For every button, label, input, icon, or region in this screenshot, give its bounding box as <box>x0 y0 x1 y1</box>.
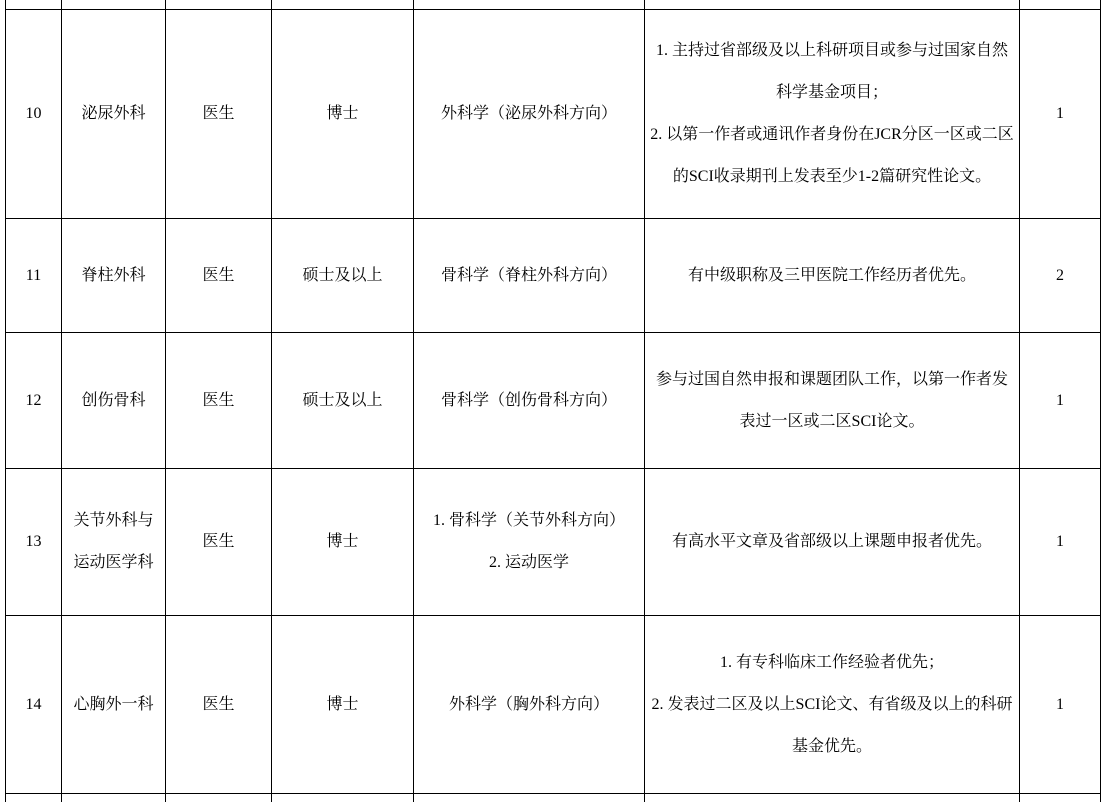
cell-degree: 硕士及以上 <box>272 219 414 333</box>
cell-empty <box>645 0 1020 10</box>
cell-count: 1 <box>1020 333 1101 469</box>
cell-major: 骨科学（创伤骨科方向） <box>414 333 645 469</box>
cell-index: 14 <box>6 616 62 794</box>
recruitment-table: 10 泌尿外科 医生 博士 外科学（泌尿外科方向） 1. 主持过省部级及以上科研… <box>5 0 1101 802</box>
cell-empty <box>1020 0 1101 10</box>
cell-empty <box>414 0 645 10</box>
cell-count: 1 <box>1020 616 1101 794</box>
cell-major: 外科学（泌尿外科方向） <box>414 10 645 219</box>
cell-degree: 博士 <box>272 616 414 794</box>
cell-position: 医生 <box>166 10 272 219</box>
cell-empty <box>166 0 272 10</box>
cell-requirements: 有中级职称及三甲医院工作经历者优先。 <box>645 219 1020 333</box>
cell-count: 1 <box>1020 469 1101 616</box>
cell-index: 10 <box>6 10 62 219</box>
cell-requirements: 有高水平文章及省部级以上课题申报者优先。 <box>645 469 1020 616</box>
cell-index: 11 <box>6 219 62 333</box>
cell-empty <box>272 0 414 10</box>
document-page: 10 泌尿外科 医生 博士 外科学（泌尿外科方向） 1. 主持过省部级及以上科研… <box>0 0 1111 802</box>
cell-position: 医生 <box>166 616 272 794</box>
cell-empty <box>62 794 166 802</box>
cell-requirements: 参与过国自然申报和课题团队工作，以第一作者发表过一区或二区SCI论文。 <box>645 333 1020 469</box>
cell-index: 13 <box>6 469 62 616</box>
cell-count: 2 <box>1020 219 1101 333</box>
table-row: 11 脊柱外科 医生 硕士及以上 骨科学（脊柱外科方向） 有中级职称及三甲医院工… <box>6 219 1101 333</box>
cell-empty <box>272 794 414 802</box>
cell-degree: 硕士及以上 <box>272 333 414 469</box>
cell-count: 1 <box>1020 10 1101 219</box>
cell-department: 脊柱外科 <box>62 219 166 333</box>
cell-major: 1. 骨科学（关节外科方向） 2. 运动医学 <box>414 469 645 616</box>
cell-empty <box>645 794 1020 802</box>
cell-empty <box>6 794 62 802</box>
table-row-partial-top <box>6 0 1101 10</box>
cell-degree: 博士 <box>272 469 414 616</box>
cell-index: 12 <box>6 333 62 469</box>
cell-requirements: 1. 主持过省部级及以上科研项目或参与过国家自然科学基金项目； 2. 以第一作者… <box>645 10 1020 219</box>
cell-empty <box>1020 794 1101 802</box>
cell-empty <box>62 0 166 10</box>
cell-empty <box>414 794 645 802</box>
cell-empty <box>166 794 272 802</box>
cell-position: 医生 <box>166 333 272 469</box>
table-row: 12 创伤骨科 医生 硕士及以上 骨科学（创伤骨科方向） 参与过国自然申报和课题… <box>6 333 1101 469</box>
cell-department: 创伤骨科 <box>62 333 166 469</box>
cell-empty <box>6 0 62 10</box>
table-row-partial-bottom <box>6 794 1101 802</box>
table-row: 14 心胸外一科 医生 博士 外科学（胸外科方向） 1. 有专科临床工作经验者优… <box>6 616 1101 794</box>
cell-degree: 博士 <box>272 10 414 219</box>
cell-department: 关节外科与 运动医学科 <box>62 469 166 616</box>
cell-position: 医生 <box>166 469 272 616</box>
cell-major: 外科学（胸外科方向） <box>414 616 645 794</box>
table-row: 13 关节外科与 运动医学科 医生 博士 1. 骨科学（关节外科方向） 2. 运… <box>6 469 1101 616</box>
cell-position: 医生 <box>166 219 272 333</box>
cell-requirements: 1. 有专科临床工作经验者优先； 2. 发表过二区及以上SCI论文、有省级及以上… <box>645 616 1020 794</box>
cell-major: 骨科学（脊柱外科方向） <box>414 219 645 333</box>
cell-department: 泌尿外科 <box>62 10 166 219</box>
cell-department: 心胸外一科 <box>62 616 166 794</box>
table-row: 10 泌尿外科 医生 博士 外科学（泌尿外科方向） 1. 主持过省部级及以上科研… <box>6 10 1101 219</box>
